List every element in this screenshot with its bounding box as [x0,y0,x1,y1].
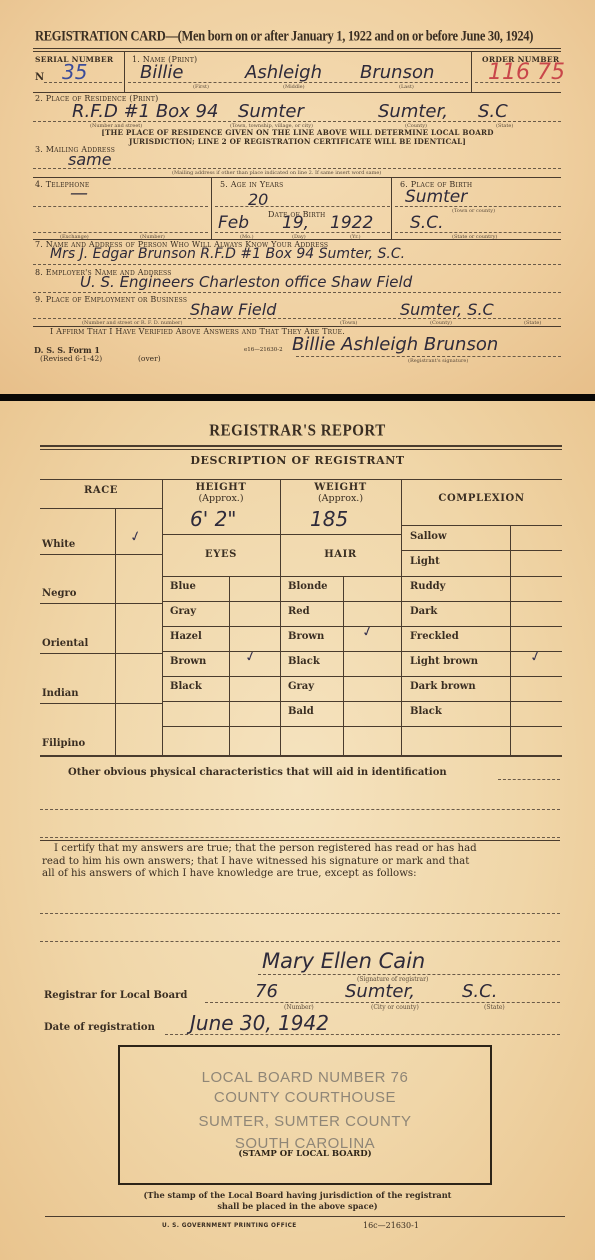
race-filipino: Filipino [42,738,85,749]
stamp-note-line1: (The stamp of the Local Board having jur… [0,1190,595,1201]
first-sub: (First) [193,84,209,90]
race-header: RACE [40,485,162,496]
stamp-line2: COUNTY COURTHOUSE [120,1089,490,1106]
local-board-number: 76 [255,981,278,1002]
hair-brown: Brown [288,631,324,642]
place-of-birth-state: S.C. [410,213,443,233]
serial-prefix: N [35,72,44,83]
registrar-signature: Mary Ellen Cain [262,949,425,973]
certify-line3: all of his answers of which I have knowl… [42,868,562,881]
order-number-value: 116 75 [488,60,565,85]
complexion-light: Light [410,556,440,567]
local-board-city: Sumter, [345,981,415,1002]
residence-note: [THE PLACE OF RESIDENCE GIVEN ON THE LIN… [0,128,595,146]
date-of-registration-value: June 30, 1942 [190,1011,329,1035]
height-header: HEIGHT [162,482,280,493]
complexion-freckled: Freckled [410,631,459,642]
certify-statement: I certify that my answers are true; that… [42,843,562,881]
eyes-hazel: Hazel [170,631,202,642]
other-characteristics-label: Other obvious physical characteristics t… [68,767,447,778]
local-board-number-sub: (Number) [284,1004,314,1011]
last-name: Brunson [360,62,434,83]
contact-person-value: Mrs J. Edgar Brunson R.F.D #1 Box 94 Sum… [50,246,405,262]
card-title: REGISTRATION CARD—(Men born on or after … [35,28,533,45]
height-value: 6' 2" [190,507,237,531]
first-name: Billie [140,62,183,83]
form-revised: (Revised 6-1-42) [40,354,102,363]
place-of-employment-county: Sumter, S.C [400,300,494,319]
hair-bald: Bald [288,706,314,717]
certify-line1: I certify that my answers are true; that… [42,843,562,856]
residence-state: S.C [478,101,508,122]
dob-day: 19, [282,213,309,233]
race-indian: Indian [42,688,79,699]
residence-street: R.F.D #1 Box 94 [72,101,218,122]
printing-office: U. S. GOVERNMENT PRINTING OFFICE [162,1223,297,1229]
mailing-address-sub: (Mailing address if other than place ind… [172,170,381,176]
registrant-signature-sub: (Registrant's signature) [408,358,468,364]
eyes-header: EYES [162,549,280,560]
place-of-employment-place: Shaw Field [190,300,276,319]
middle-name: Ashleigh [245,62,322,83]
hair-black: Black [288,656,320,667]
stamp-line3: SUMTER, SUMTER COUNTY [120,1113,490,1130]
complexion-dark-brown: Dark brown [410,681,476,692]
hair-gray: Gray [288,681,314,692]
hair-header: HAIR [280,549,401,560]
residence-county: Sumter, [378,101,448,122]
race-white-check-icon: ✓ [128,528,143,546]
stamp-note-line2: shall be placed in the above space) [0,1201,595,1212]
local-board-city-sub: (City or county) [371,1004,419,1011]
race-white: White [42,539,75,550]
race-negro: Negro [42,588,76,599]
mailing-address-value: same [68,150,112,169]
dob-year: 1922 [330,213,373,233]
stamp-caption: (STAMP OF LOCAL BOARD) [120,1149,490,1159]
local-board-state: S.C. [462,981,497,1002]
complexion-header: COMPLEXION [401,493,562,504]
height-approx: (Approx.) [162,493,280,504]
hair-red: Red [288,606,310,617]
over-note: (over) [138,354,161,363]
complexion-ruddy: Ruddy [410,581,445,592]
race-oriental: Oriental [42,638,88,649]
last-sub: (Last) [399,84,414,90]
report-subtitle: DESCRIPTION OF REGISTRANT [0,454,595,467]
employer-value: U. S. Engineers Charleston office Shaw F… [80,273,412,291]
complexion-black: Black [410,706,442,717]
eyes-brown: Brown [170,656,206,667]
weight-value: 185 [310,507,348,531]
place-of-birth-town: Sumter [405,187,467,207]
certify-line2: read to him his own answers; that I have… [42,856,562,869]
middle-sub: (Middle) [283,84,305,90]
local-board-label: Registrar for Local Board [44,990,187,1001]
dob-month: Feb [218,213,249,233]
registrant-signature: Billie Ashleigh Brunson [292,334,498,355]
age-label: 5. Age in Years [220,180,283,189]
eyes-blue: Blue [170,581,196,592]
hair-blonde: Blonde [288,581,328,592]
complexion-light-brown: Light brown [410,656,478,667]
place-of-birth-town-sub: (Town or county) [452,208,495,214]
report-title: REGISTRAR'S REPORT [0,422,595,441]
weight-header: WEIGHT [280,482,401,493]
eyes-black: Black [170,681,202,692]
print-code: e16—21630-2 [244,347,283,353]
registrars-report: REGISTRAR'S REPORT DESCRIPTION OF REGIST… [0,401,595,1260]
serial-number-value: 35 [62,60,87,84]
complexion-sallow: Sallow [410,531,447,542]
footer-code: 16c—21630-1 [363,1221,419,1230]
place-of-employment-label: 9. Place of Employment or Business [35,295,187,304]
registration-card-front: REGISTRATION CARD—(Men born on or after … [0,0,595,394]
complexion-dark: Dark [410,606,437,617]
residence-note-line1: [THE PLACE OF RESIDENCE GIVEN ON THE LIN… [0,128,595,137]
eyes-gray: Gray [170,606,196,617]
residence-town: Sumter [238,101,304,122]
stamp-note: (The stamp of the Local Board having jur… [0,1190,595,1211]
date-of-registration-label: Date of registration [44,1022,155,1033]
local-board-state-sub: (State) [484,1004,505,1011]
weight-approx: (Approx.) [280,493,401,504]
telephone-value: — [70,183,88,204]
stamp-line1: LOCAL BOARD NUMBER 76 [120,1069,490,1086]
local-board-stamp: LOCAL BOARD NUMBER 76 COUNTY COURTHOUSE … [118,1045,492,1185]
